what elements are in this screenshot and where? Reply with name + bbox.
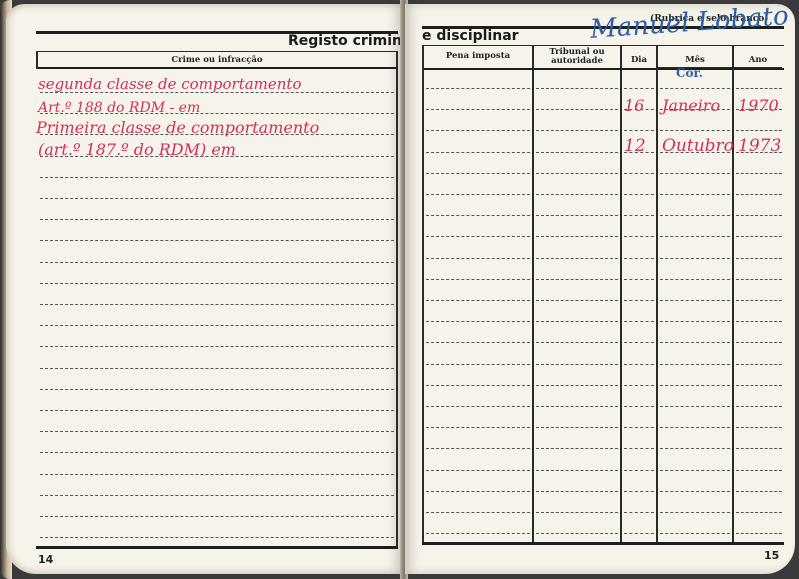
- ruled-line: [536, 364, 618, 365]
- entry-1-dia: 16: [624, 96, 644, 115]
- ruled-line: [40, 431, 394, 432]
- column-rule-right: [422, 68, 784, 70]
- ruled-line: [426, 406, 530, 407]
- column-header-dia: Dia: [622, 56, 656, 65]
- ruled-line: [660, 385, 730, 386]
- ruled-line: [40, 474, 394, 475]
- ruled-line: [736, 194, 782, 195]
- col-divider-3: [656, 45, 658, 543]
- ruled-line: [426, 109, 530, 110]
- ruled-line: [40, 516, 394, 517]
- ruled-line: [426, 130, 530, 131]
- border-right-left-page: [396, 51, 398, 546]
- ruled-line: [660, 236, 730, 237]
- ruled-line: [426, 533, 530, 534]
- col-divider-4: [732, 45, 734, 543]
- border-left: [36, 51, 38, 69]
- ruled-line: [536, 342, 618, 343]
- column-header-ano: Ano: [734, 56, 782, 65]
- ruled-line: [660, 512, 730, 513]
- ruled-line: [624, 406, 654, 407]
- ruled-line: [426, 258, 530, 259]
- ruled-line: [624, 427, 654, 428]
- ruled-line: [426, 88, 530, 89]
- ruled-line: [536, 109, 618, 110]
- ruled-line: [624, 215, 654, 216]
- bottom-rule-left: [36, 546, 398, 549]
- ruled-line: [736, 427, 782, 428]
- right-page: [405, 4, 795, 574]
- ruled-line: [536, 152, 618, 153]
- ruled-line: [736, 130, 782, 131]
- column-header-pena: Pena imposta: [424, 52, 532, 61]
- ruled-line: [536, 215, 618, 216]
- ruled-line: [40, 177, 394, 178]
- stamp-abbrev: Cor.: [676, 66, 703, 80]
- ruled-line: [736, 448, 782, 449]
- ruled-line: [660, 258, 730, 259]
- ruled-line: [624, 236, 654, 237]
- ruled-line: [660, 321, 730, 322]
- ruled-line: [536, 385, 618, 386]
- ruled-line: [426, 448, 530, 449]
- ruled-line: [426, 279, 530, 280]
- ruled-line: [40, 537, 394, 538]
- ruled-line: [624, 385, 654, 386]
- bottom-rule-right: [422, 542, 784, 545]
- ruled-line: [40, 368, 394, 369]
- col-divider-0: [422, 45, 424, 543]
- handwritten-line-4: (art.º 187.º do RDM) em: [38, 140, 236, 159]
- ruled-line: [660, 491, 730, 492]
- column-header-crime: Crime ou infracção: [36, 56, 398, 65]
- entry-2-ano: 1973: [738, 136, 781, 156]
- ruled-line: [536, 321, 618, 322]
- ruled-line: [536, 194, 618, 195]
- handwritten-line-1: segunda classe de comportamento: [38, 75, 302, 93]
- ruled-line: [736, 300, 782, 301]
- ruled-line: [736, 491, 782, 492]
- ruled-line: [40, 262, 394, 263]
- ruled-line: [736, 364, 782, 365]
- ruled-line: [40, 389, 394, 390]
- ruled-line: [426, 342, 530, 343]
- entry-1-ano: 1970: [738, 96, 779, 115]
- ruled-line: [536, 470, 618, 471]
- ruled-line: [624, 533, 654, 534]
- ruled-line: [426, 385, 530, 386]
- entry-1-mes: Janeiro: [662, 96, 720, 115]
- ruled-line: [536, 512, 618, 513]
- col-divider-1: [532, 45, 534, 543]
- ruled-line: [736, 215, 782, 216]
- ruled-line: [426, 173, 530, 174]
- page-number-right: 15: [764, 549, 779, 562]
- ruled-line: [426, 300, 530, 301]
- ruled-line: [426, 470, 530, 471]
- ruled-line: [660, 427, 730, 428]
- ruled-line: [624, 173, 654, 174]
- ruled-line: [426, 512, 530, 513]
- page-title-right: e disciplinar: [422, 28, 519, 44]
- ruled-line: [660, 533, 730, 534]
- ruled-line: [660, 448, 730, 449]
- ruled-line: [624, 364, 654, 365]
- ruled-line: [736, 173, 782, 174]
- ruled-line: [624, 279, 654, 280]
- ruled-line: [736, 236, 782, 237]
- ruled-line: [624, 88, 654, 89]
- ruled-line: [660, 300, 730, 301]
- ruled-line: [40, 325, 394, 326]
- ruled-line: [736, 342, 782, 343]
- ruled-line: [426, 236, 530, 237]
- ruled-line: [536, 258, 618, 259]
- ruled-line: [660, 173, 730, 174]
- ruled-line: [426, 152, 530, 153]
- col-divider-2: [620, 45, 622, 543]
- handwritten-line-2: Art.º 188 do RDM - em: [38, 100, 200, 116]
- ruled-line: [624, 448, 654, 449]
- ruled-line: [426, 491, 530, 492]
- ruled-line: [426, 364, 530, 365]
- ruled-line: [736, 512, 782, 513]
- booklet-spread: Registo criminal Crime ou infracção 14 s…: [0, 0, 799, 579]
- ruled-line: [660, 88, 730, 89]
- ruled-line: [660, 215, 730, 216]
- ruled-line: [536, 533, 618, 534]
- ruled-line: [426, 427, 530, 428]
- ruled-line: [736, 258, 782, 259]
- ruled-line: [736, 279, 782, 280]
- ruled-line: [624, 258, 654, 259]
- ruled-line: [624, 342, 654, 343]
- ruled-line: [624, 194, 654, 195]
- ruled-line: [426, 194, 530, 195]
- ruled-line: [660, 279, 730, 280]
- ruled-line: [536, 279, 618, 280]
- ruled-line: [736, 533, 782, 534]
- ruled-line: [536, 491, 618, 492]
- ruled-line: [536, 406, 618, 407]
- ruled-line: [536, 427, 618, 428]
- ruled-line: [536, 88, 618, 89]
- ruled-line: [660, 470, 730, 471]
- ruled-line: [624, 470, 654, 471]
- ruled-line: [40, 198, 394, 199]
- ruled-line: [660, 194, 730, 195]
- column-header-mes: Mês: [658, 56, 732, 65]
- ruled-line: [536, 448, 618, 449]
- ruled-line: [536, 130, 618, 131]
- ruled-line: [40, 240, 394, 241]
- ruled-line: [426, 321, 530, 322]
- ruled-line: [624, 300, 654, 301]
- ruled-line: [736, 406, 782, 407]
- ruled-line: [40, 495, 394, 496]
- ruled-line: [40, 410, 394, 411]
- entry-2-mes: Outubro: [662, 136, 734, 156]
- page-number-left: 14: [38, 553, 53, 566]
- ruled-line: [40, 346, 394, 347]
- column-header-tribunal: Tribunal ou autoridade: [534, 48, 620, 66]
- ruled-line: [40, 283, 394, 284]
- header-rule-left: [36, 51, 398, 52]
- ruled-line: [624, 130, 654, 131]
- ruled-line: [736, 321, 782, 322]
- ruled-line: [536, 300, 618, 301]
- ruled-line: [624, 512, 654, 513]
- page-title-left: Registo criminal: [288, 33, 416, 49]
- handwritten-line-3: Primeira classe de comportamento: [36, 118, 319, 137]
- ruled-line: [660, 364, 730, 365]
- column-rule-left: [36, 67, 398, 69]
- ruled-line: [736, 470, 782, 471]
- ruled-line: [536, 236, 618, 237]
- ruled-line: [624, 321, 654, 322]
- entry-2-dia: 12: [624, 136, 646, 156]
- ruled-line: [40, 219, 394, 220]
- ruled-line: [660, 342, 730, 343]
- ruled-line: [536, 173, 618, 174]
- ruled-line: [40, 304, 394, 305]
- ruled-line: [426, 215, 530, 216]
- ruled-line: [736, 385, 782, 386]
- ruled-line: [624, 491, 654, 492]
- ruled-line: [660, 406, 730, 407]
- ruled-line: [40, 452, 394, 453]
- header-rule-right: [422, 45, 784, 46]
- ruled-line: [736, 88, 782, 89]
- ruled-line: [660, 130, 730, 131]
